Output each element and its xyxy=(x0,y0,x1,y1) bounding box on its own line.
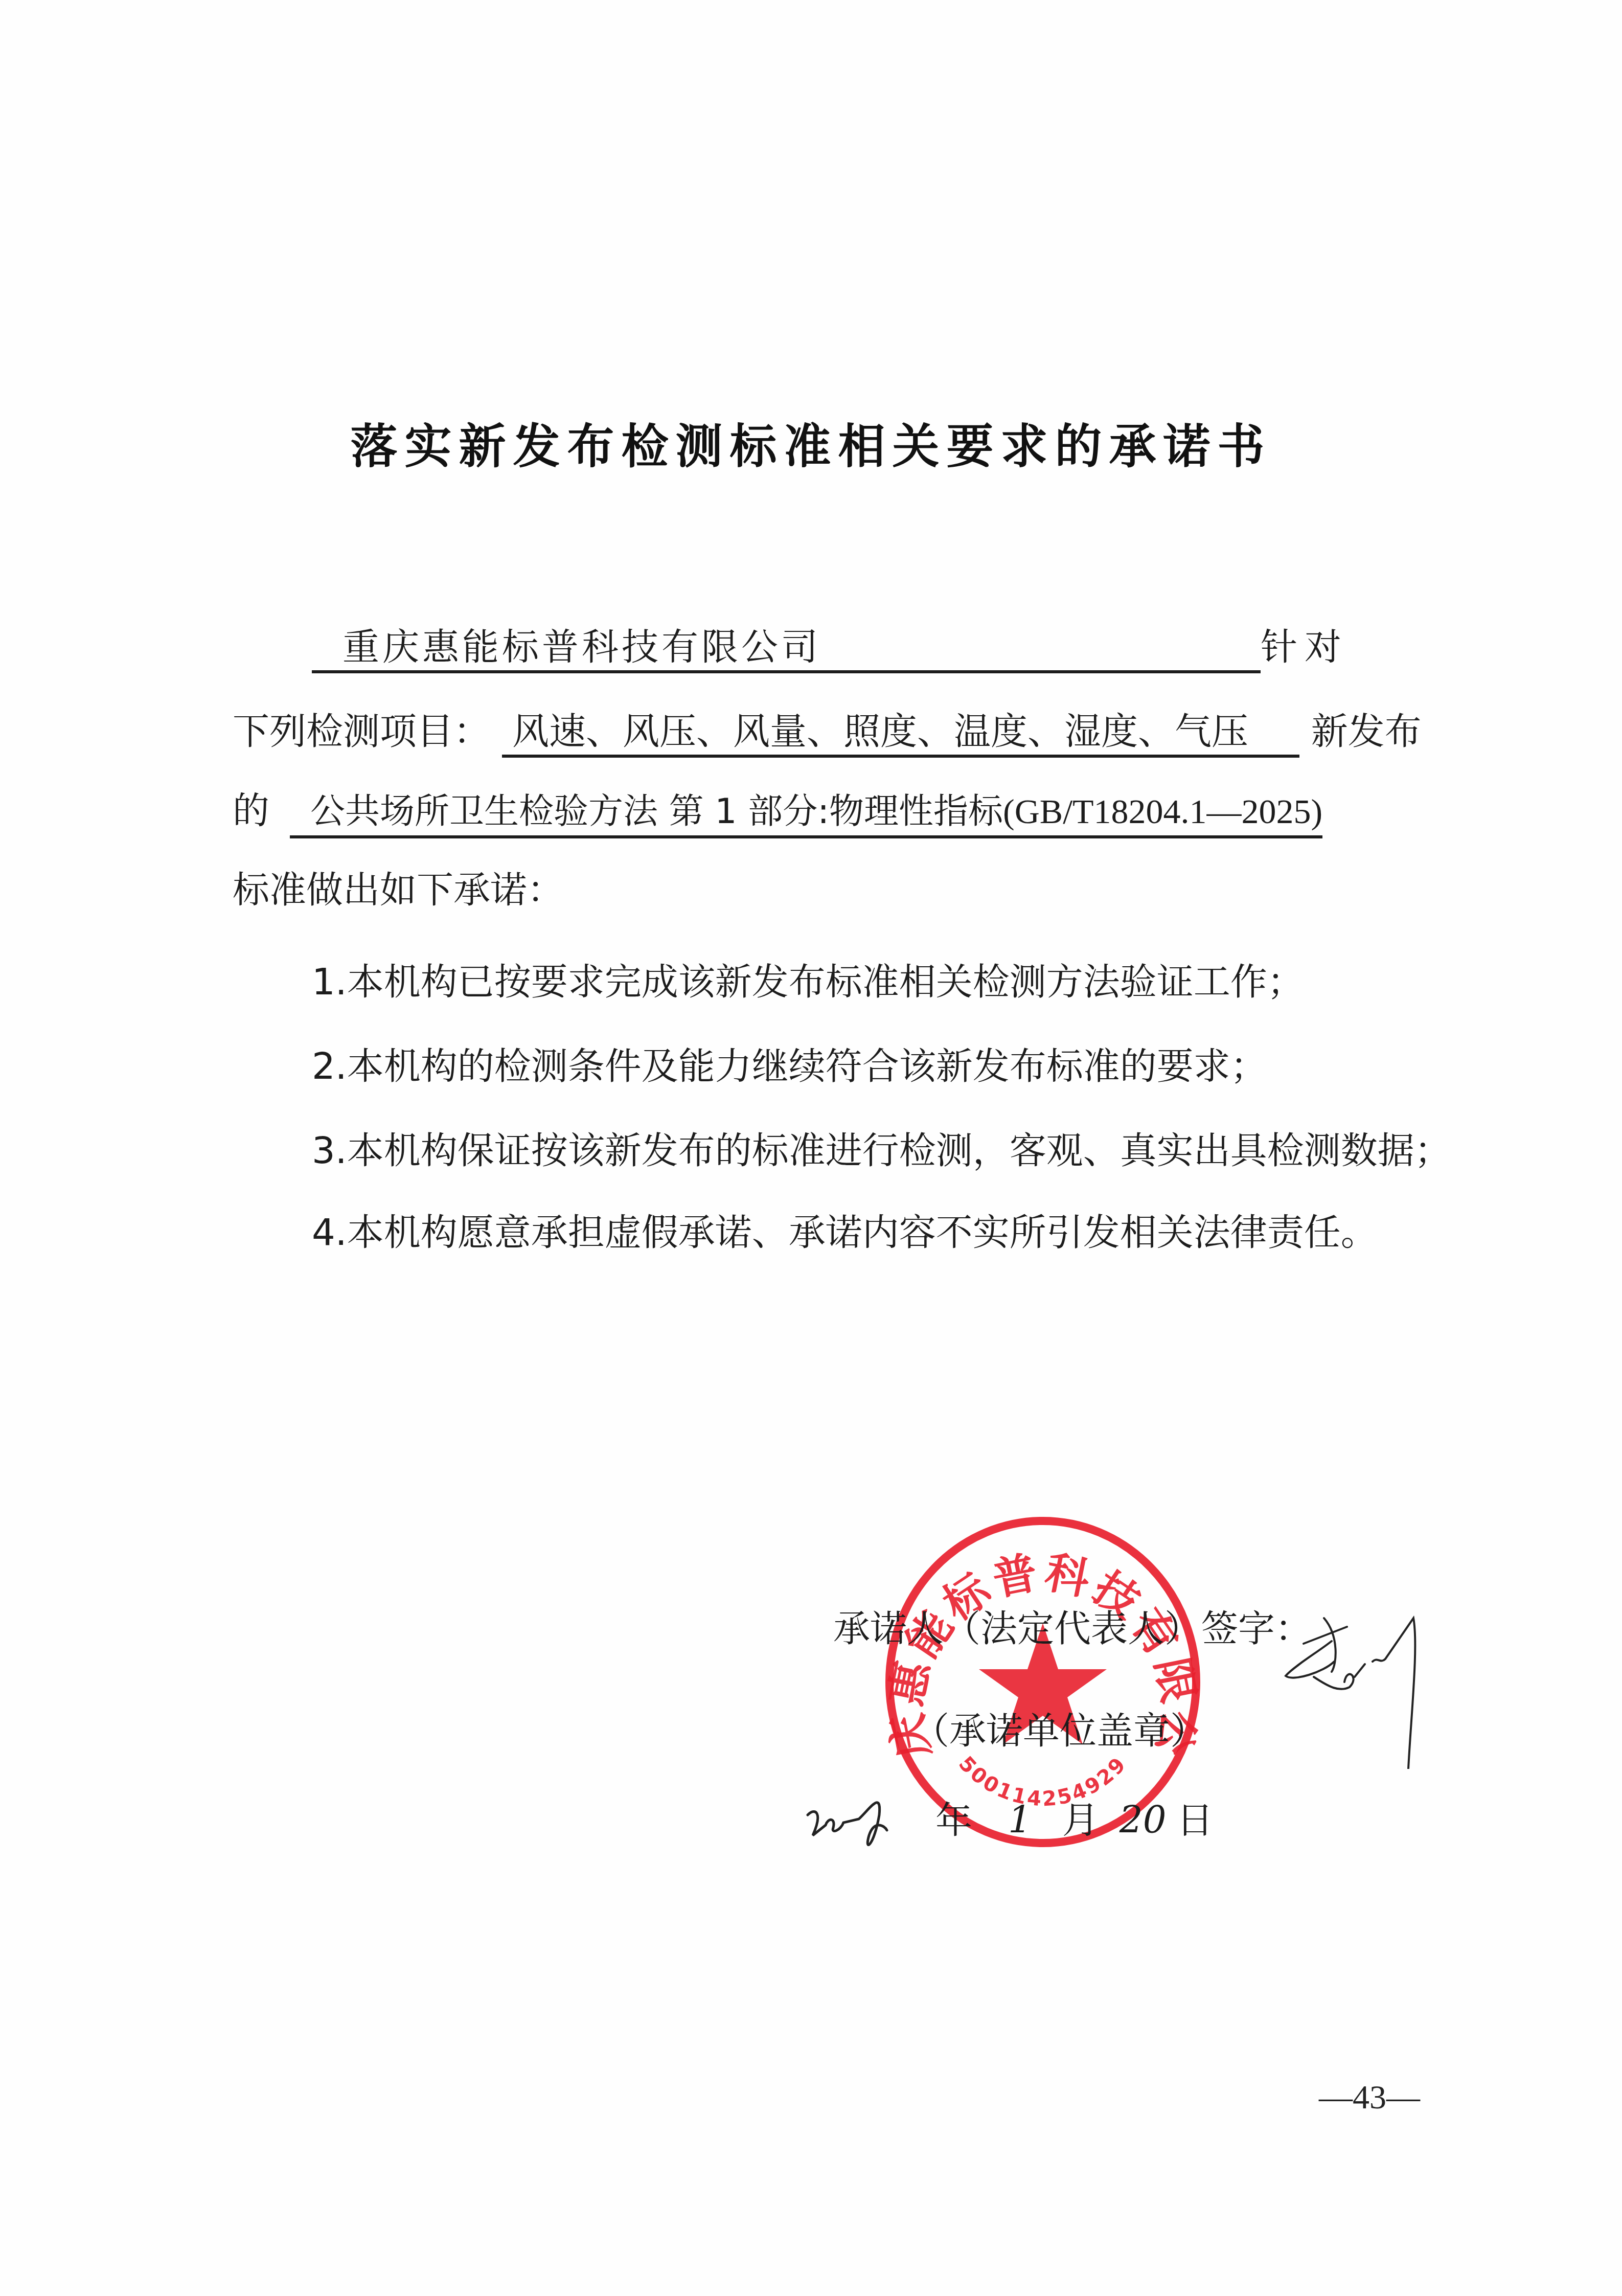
commitment-item: 1.本机构已按要求完成该新发布标准相关检测方法验证工作； xyxy=(312,956,1304,1007)
test-items-field: 风速、风压、风量、照度、温度、湿度、气压 xyxy=(502,708,1299,758)
paragraph-line-2: 下列检测项目： 风速、风压、风量、照度、温度、湿度、气压 新发布 xyxy=(233,706,1422,758)
year-label: 年 xyxy=(935,1799,972,1842)
page-number: —43— xyxy=(1319,2078,1420,2117)
line2-prefix: 下列检测项目： xyxy=(233,710,490,753)
month-label: 月 xyxy=(1062,1799,1099,1842)
standard-field: 公共场所卫生检验方法 第 1 部分:物理性指标(GB/T18204.1—2025… xyxy=(290,787,1322,838)
line3-prefix: 的 xyxy=(233,789,269,832)
document-title: 落实新发布检测标准相关要求的承诺书 xyxy=(0,409,1622,476)
handwritten-signature xyxy=(1283,1616,1452,1769)
paragraph-line-1: 重庆惠能标普科技有限公司 针对 xyxy=(312,621,1349,673)
paragraph-line-3: 的公共场所卫生检验方法 第 1 部分:物理性指标(GB/T18204.1—202… xyxy=(233,785,1322,838)
commitment-item: 3.本机构保证按该新发布的标准进行检测，客观、真实出具检测数据； xyxy=(312,1125,1451,1176)
commitment-item: 4.本机构愿意承担虚假承诺、承诺内容不实所引发相关法律责任。 xyxy=(312,1207,1378,1258)
signer-label: 承诺人（法定代表人）签字： xyxy=(833,1603,1312,1654)
line1-suffix: 针对 xyxy=(1261,625,1349,668)
company-name: 重庆惠能标普科技有限公司 xyxy=(342,625,821,668)
standard-name: 公共场所卫生检验方法 第 1 部分:物理性指标 xyxy=(310,791,1003,832)
seal-label: （承诺单位盖章） xyxy=(912,1705,1207,1756)
handwritten-day: 20 xyxy=(1120,1799,1167,1842)
handwritten-year xyxy=(797,1789,935,1856)
day-label: 日 xyxy=(1176,1799,1213,1842)
document-page: 落实新发布检测标准相关要求的承诺书 重庆惠能标普科技有限公司 针对 下列检测项目… xyxy=(0,0,1622,2296)
line2-suffix: 新发布 xyxy=(1311,710,1422,753)
standard-code: (GB/T18204.1—2025) xyxy=(1003,792,1322,831)
paragraph-line-4: 标准做出如下承诺： xyxy=(233,864,564,915)
test-items: 风速、风压、风量、照度、温度、湿度、气压 xyxy=(512,710,1248,753)
commitment-item: 2.本机构的检测条件及能力继续符合该新发布标准的要求； xyxy=(312,1040,1267,1092)
company-name-field: 重庆惠能标普科技有限公司 xyxy=(312,623,1261,673)
date-line: 年1月20日 xyxy=(797,1789,1213,1856)
handwritten-month: 1 xyxy=(1008,1799,1032,1842)
